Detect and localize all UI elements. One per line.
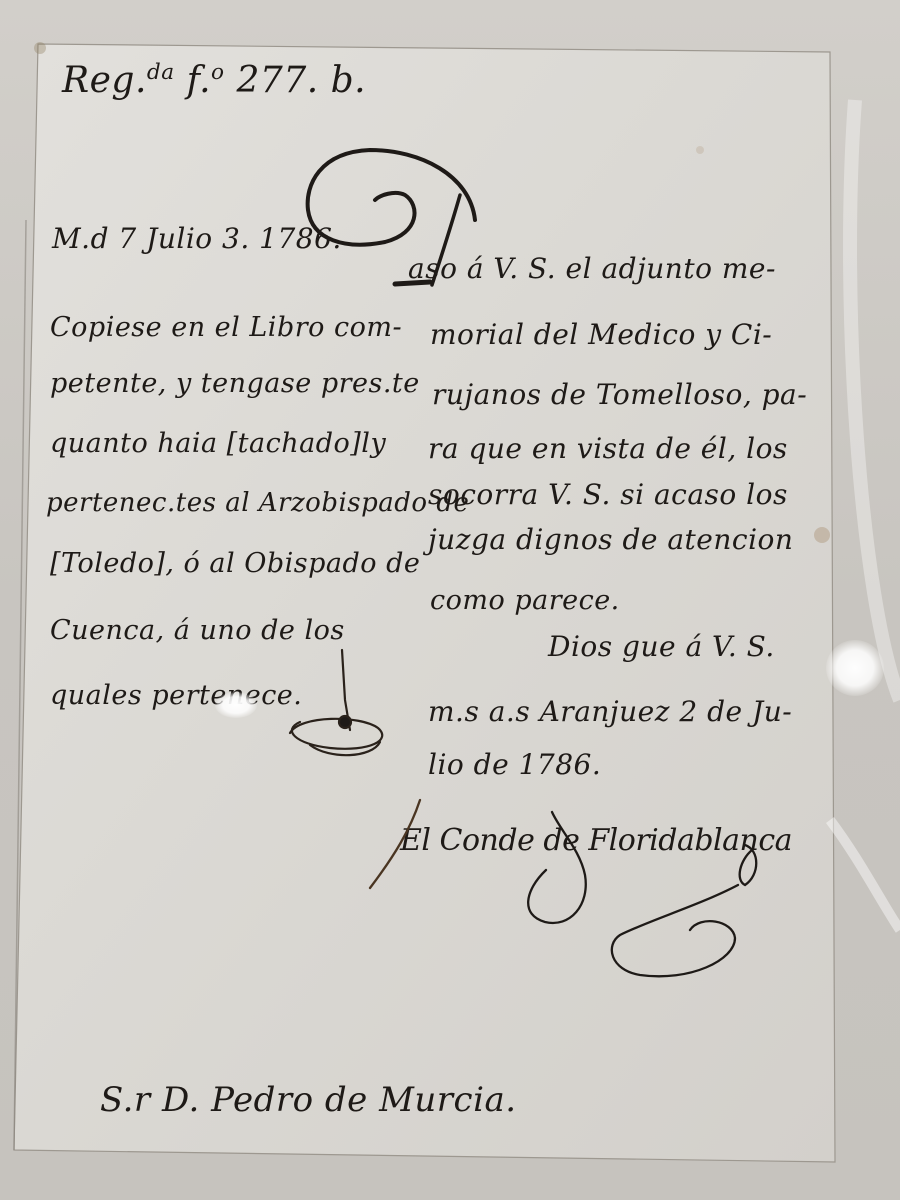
body-line-1: aso á V. S. el adjunto me- [408,252,776,285]
decree-line-7: quales pertenece. [50,680,302,711]
decree-line-2: petente, y tengase pres.te [50,368,420,399]
body-line-7: como parece. [430,585,620,616]
body-line-1-text: aso á V. S. el adjunto me- [408,252,776,285]
signature: El Conde de Floridablanca [400,823,792,858]
decree-line-5: [Toledo], ó al Obispado de [50,548,420,579]
body-line-4: ra que en vista de él, los [428,432,788,465]
closing-line-2: m.s a.s Aranjuez 2 de Ju- [428,695,792,728]
reference-text: Reg. [62,60,147,101]
folio-superscript: o [211,60,225,85]
decree-date: M.d 7 Julio 3. 1786. [52,222,342,255]
body-line-2: morial del Medico y Ci- [430,318,772,351]
reference-mark: Reg.da f.o 277. b. [62,60,366,101]
decree-line-1: Copiese en el Libro com- [50,312,402,343]
reference-superscript: da [147,60,175,85]
letter-paper: Reg.da f.o 277. b. M.d 7 Julio 3. 1786. … [0,0,900,1200]
body-line-3: rujanos de Tomelloso, pa- [432,378,807,411]
closing-line-3: lio de 1786. [428,748,601,781]
folio-label: f. [187,60,211,101]
body-line-5: socorra V. S. si acaso los [428,478,788,511]
addressee: S.r D. Pedro de Murcia. [100,1080,517,1120]
body-line-6: juzga dignos de atencion [428,523,793,556]
decree-line-6: Cuenca, á uno de los [50,615,345,646]
decree-line-4: pertenec.tes al Arzobispado de [46,488,469,518]
decree-line-3: quanto haia [tachado]ly [50,428,386,459]
closing-line-1: Dios gue á V. S. [548,630,775,663]
folio-number: 277. b. [237,60,367,101]
